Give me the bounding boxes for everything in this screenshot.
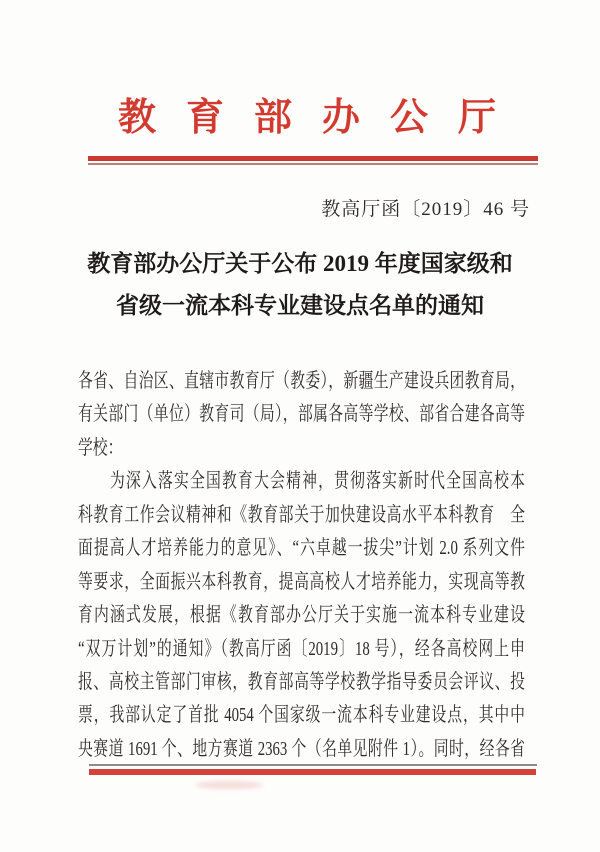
body-text: 各省、自治区、直辖市教育厅（教委），新疆生产建设兵团教育局，有关部门（单位）教育… — [78, 365, 525, 766]
scan-smudge — [195, 781, 263, 789]
body-line: 票，我部认定了首批 4054 个国家级一流本科专业建设点，其中中 — [78, 699, 525, 732]
doc-number: 教高厅函〔2019〕46 号 — [321, 194, 530, 221]
letterhead-org-name: 教育部办公厅 — [22, 99, 600, 137]
body-line: 央赛道 1691 个、地方赛道 2363 个（名单见附件 1）。同时，经各省 — [78, 733, 525, 766]
document-title: 教育部办公厅关于公布 2019 年度国家级和 省级一流本科专业建设点名单的通知 — [0, 243, 600, 327]
body-line: 等要求，全面振兴本科教育，提高高校人才培养能力，实现高等教 — [78, 566, 525, 599]
letterhead-rule-thick — [88, 156, 538, 161]
footer-rule-thin — [89, 764, 537, 766]
body-line: 各省、自治区、直辖市教育厅（教委），新疆生产建设兵团教育局， — [78, 365, 525, 398]
letterhead-rule-thin — [88, 163, 538, 165]
body-line: 面提高人才培养能力的意见》、“六卓越一拔尖”计划 2.0 系列文件 — [78, 532, 525, 565]
body-line: 有关部门（单位）教育司（局），部属各高等学校、部省合建各高等 — [78, 398, 525, 431]
body-line: 为深入落实全国教育大会精神，贯彻落实新时代全国高校本 — [78, 465, 525, 498]
title-line-2: 省级一流本科专业建设点名单的通知 — [0, 285, 600, 327]
title-line-1: 教育部办公厅关于公布 2019 年度国家级和 — [0, 243, 600, 285]
body-line: 学校： — [78, 432, 525, 465]
footer-rule-thick — [89, 769, 536, 775]
document-page: 教育部办公厅 教高厅函〔2019〕46 号 教育部办公厅关于公布 2019 年度… — [0, 0, 600, 852]
body-line: 育内涵式发展，根据《教育部办公厅关于实施一流本科专业建设 — [78, 599, 525, 632]
body-line: “双万计划”的通知》（教高厅函〔2019〕18 号），经各高校网上申 — [78, 633, 525, 666]
body-line: 科教育工作会议精神和《教育部关于加快建设高水平本科教育 全 — [78, 499, 525, 532]
body-line: 报、高校主管部门审核，教育部高等学校教学指导委员会评议、投 — [78, 666, 525, 699]
